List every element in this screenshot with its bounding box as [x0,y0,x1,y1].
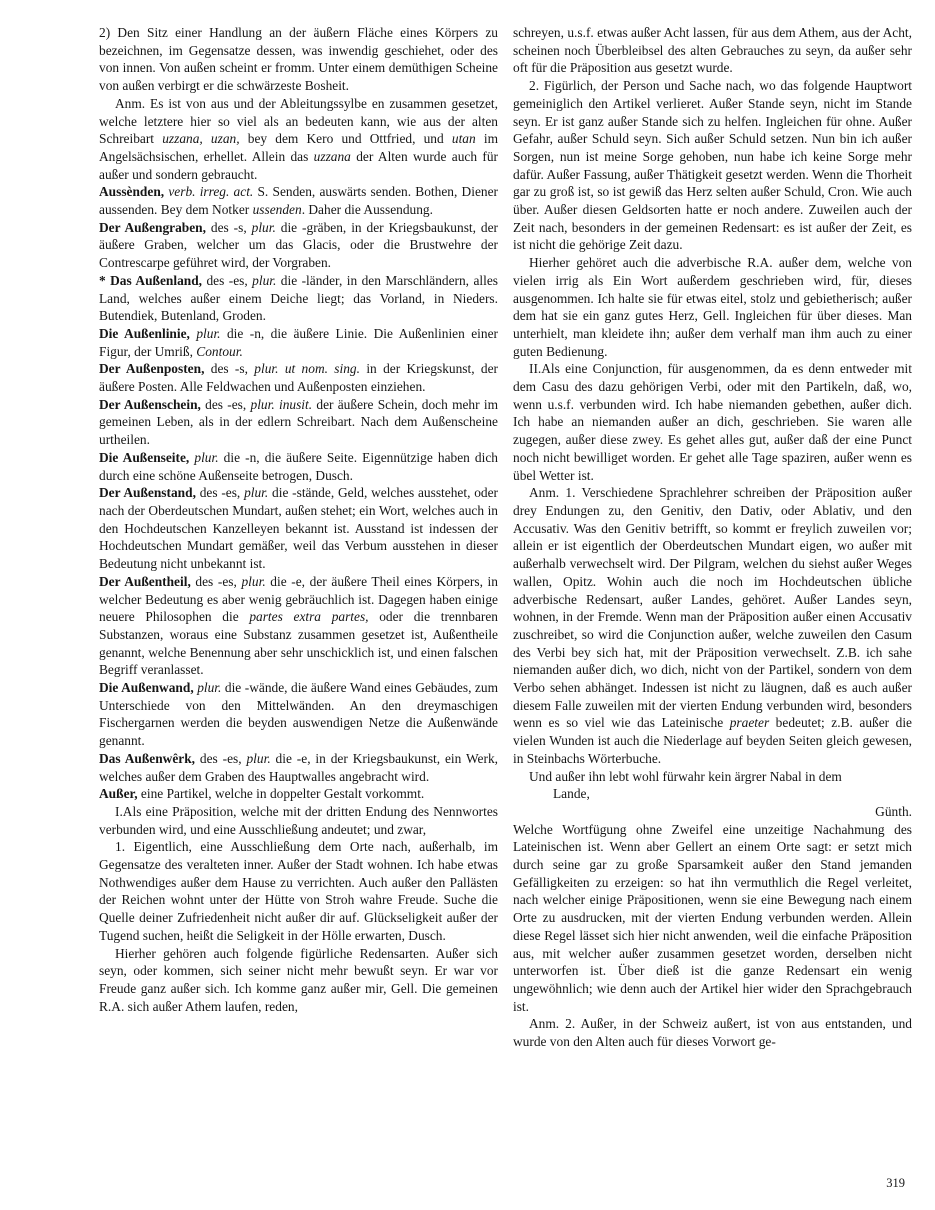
text-run: plur. inusit. [251,397,313,412]
verse-line: Und außer ihn lebt wohl fürwahr kein ärg… [513,768,912,786]
text-run: . Daher die Aussendung. [302,202,433,217]
entry-aussenposten: Der Außenposten, des -s, plur. ut nom. s… [99,360,498,395]
text-run: Welche Wortfügung ohne Zweifel eine unze… [513,822,912,1014]
text-run: schreyen, u.s.f. etwas außer Acht lassen… [513,25,912,75]
text-run: 2. Figürlich, der Person und Sache nach,… [513,78,912,252]
continuation-paragraph: schreyen, u.s.f. etwas außer Acht lassen… [513,24,912,77]
text-run: plur. [252,220,276,235]
text-run: plur. [196,326,220,341]
text-run: * Das Außenland, [99,273,202,288]
text-run: Anm. 1. Verschiedene Sprachlehrer schrei… [513,485,912,730]
anm-paragraph: Anm. 2. Außer, in der Schweiz außert, is… [513,1015,912,1050]
text-run: Günth. [875,804,912,819]
anm-paragraph: Anm. Es ist von aus und der Ableitungssy… [99,95,498,184]
numbered-paragraph: 1. Eigentlich, eine Ausschließung dem Or… [99,838,498,944]
entry-aussenstand: Der Außenstand, des -es, plur. die -stän… [99,484,498,573]
text-columns: 2) Den Sitz einer Handlung an der äußern… [99,24,912,1051]
entry-aussentheil: Der Außentheil, des -es, plur. die -e, d… [99,573,498,679]
body-paragraph: Hierher gehöret auch die adverbische R.A… [513,254,912,360]
right-column: schreyen, u.s.f. etwas außer Acht lassen… [513,24,912,1051]
entry-aussengraben: Der Außengraben, des -s, plur. die -gräb… [99,219,498,272]
dictionary-page: 2) Den Sitz einer Handlung an der äußern… [0,0,935,1210]
text-run: plur. [241,574,265,589]
text-run: Der Außenposten, [99,361,204,376]
text-run: Der Außengraben, [99,220,206,235]
text-run: plur. [246,751,270,766]
entry-aussenwerk: Das Außenwêrk, des -es, plur. die -e, in… [99,750,498,785]
text-run: Anm. 2. Außer, in der Schweiz außert, is… [513,1016,912,1049]
text-run: praeter [730,715,769,730]
text-run: 2) Den Sitz einer Handlung an der äußern… [99,25,498,93]
section-paragraph: II.Als eine Conjunction, für ausgenommen… [513,360,912,484]
text-run: Die Außenwand, [99,680,194,695]
text-run: Die Außenlinie, [99,326,190,341]
text-run: Und außer ihn lebt wohl fürwahr kein ärg… [529,769,842,784]
text-run: des -s, [206,220,252,235]
text-run: Contour. [196,344,243,359]
body-paragraph: Welche Wortfügung ohne Zweifel eine unze… [513,821,912,1016]
text-run: plur. [194,450,218,465]
text-run: Hierher gehöret auch die adverbische R.A… [513,255,912,359]
text-run: des -es, [191,574,242,589]
text-run: Lande, [553,786,590,801]
body-paragraph: Hierher gehören auch folgende figürliche… [99,945,498,1016]
anm-paragraph: Anm. 1. Verschiedene Sprachlehrer schrei… [513,484,912,767]
entry-aussenden: Aussènden, verb. irreg. act. S. Senden, … [99,183,498,218]
text-run: Außer, [99,786,138,801]
entry-aussenseite: Die Außenseite, plur. die -n, die äußere… [99,449,498,484]
text-run: eine Partikel, welche in doppelter Gesta… [138,786,425,801]
entry-ausser: Außer, eine Partikel, welche in doppelte… [99,785,498,803]
verse-attribution: Günth. [513,803,912,821]
entry-aussenwand: Die Außenwand, plur. die -wände, die äuß… [99,679,498,750]
text-run: utan [452,131,476,146]
text-run: uzzana, uzan, [162,131,239,146]
text-run: plur. [197,680,221,695]
text-run: plur. [252,273,276,288]
text-run: bey dem Kero und Ottfried, und [240,131,452,146]
text-run: partes extra partes, [249,609,368,624]
text-run: plur. ut nom. sing. [254,361,360,376]
text-run: verb. irreg. act. [168,184,253,199]
text-run: 1. Eigentlich, eine Ausschließung dem Or… [99,839,498,943]
text-run: II.Als eine Conjunction, für ausgenommen… [513,361,912,482]
text-run: plur. [244,485,268,500]
text-run: Hierher gehören auch folgende figürliche… [99,946,498,1014]
entry-aussenschein: Der Außenschein, des -es, plur. inusit. … [99,396,498,449]
text-run: I.Als eine Präposition, welche mit der d… [99,804,498,837]
text-run: des -es, [196,485,244,500]
text-run: des -es, [202,273,252,288]
verse-line: Lande, [513,785,912,803]
text-run: des -es, [195,751,246,766]
text-run: Aussènden, [99,184,164,199]
entry-aussenlinie: Die Außenlinie, plur. die -n, die äußere… [99,325,498,360]
text-run: des -s, [204,361,254,376]
text-run: Die Außenseite, [99,450,189,465]
text-run: uzzana [314,149,351,164]
left-column: 2) Den Sitz einer Handlung an der äußern… [99,24,498,1051]
numbered-paragraph: 2. Figürlich, der Person und Sache nach,… [513,77,912,254]
text-run: Der Außenstand, [99,485,196,500]
entry-aussenland: * Das Außenland, des -es, plur. die -län… [99,272,498,325]
page-number: 319 [886,1176,905,1191]
continuation-paragraph: 2) Den Sitz einer Handlung an der äußern… [99,24,498,95]
section-paragraph: I.Als eine Präposition, welche mit der d… [99,803,498,838]
text-run: Der Außentheil, [99,574,191,589]
text-run: Das Außenwêrk, [99,751,195,766]
text-run: Der Außenschein, [99,397,201,412]
text-run: des -es, [201,397,251,412]
text-run: ussenden [253,202,302,217]
